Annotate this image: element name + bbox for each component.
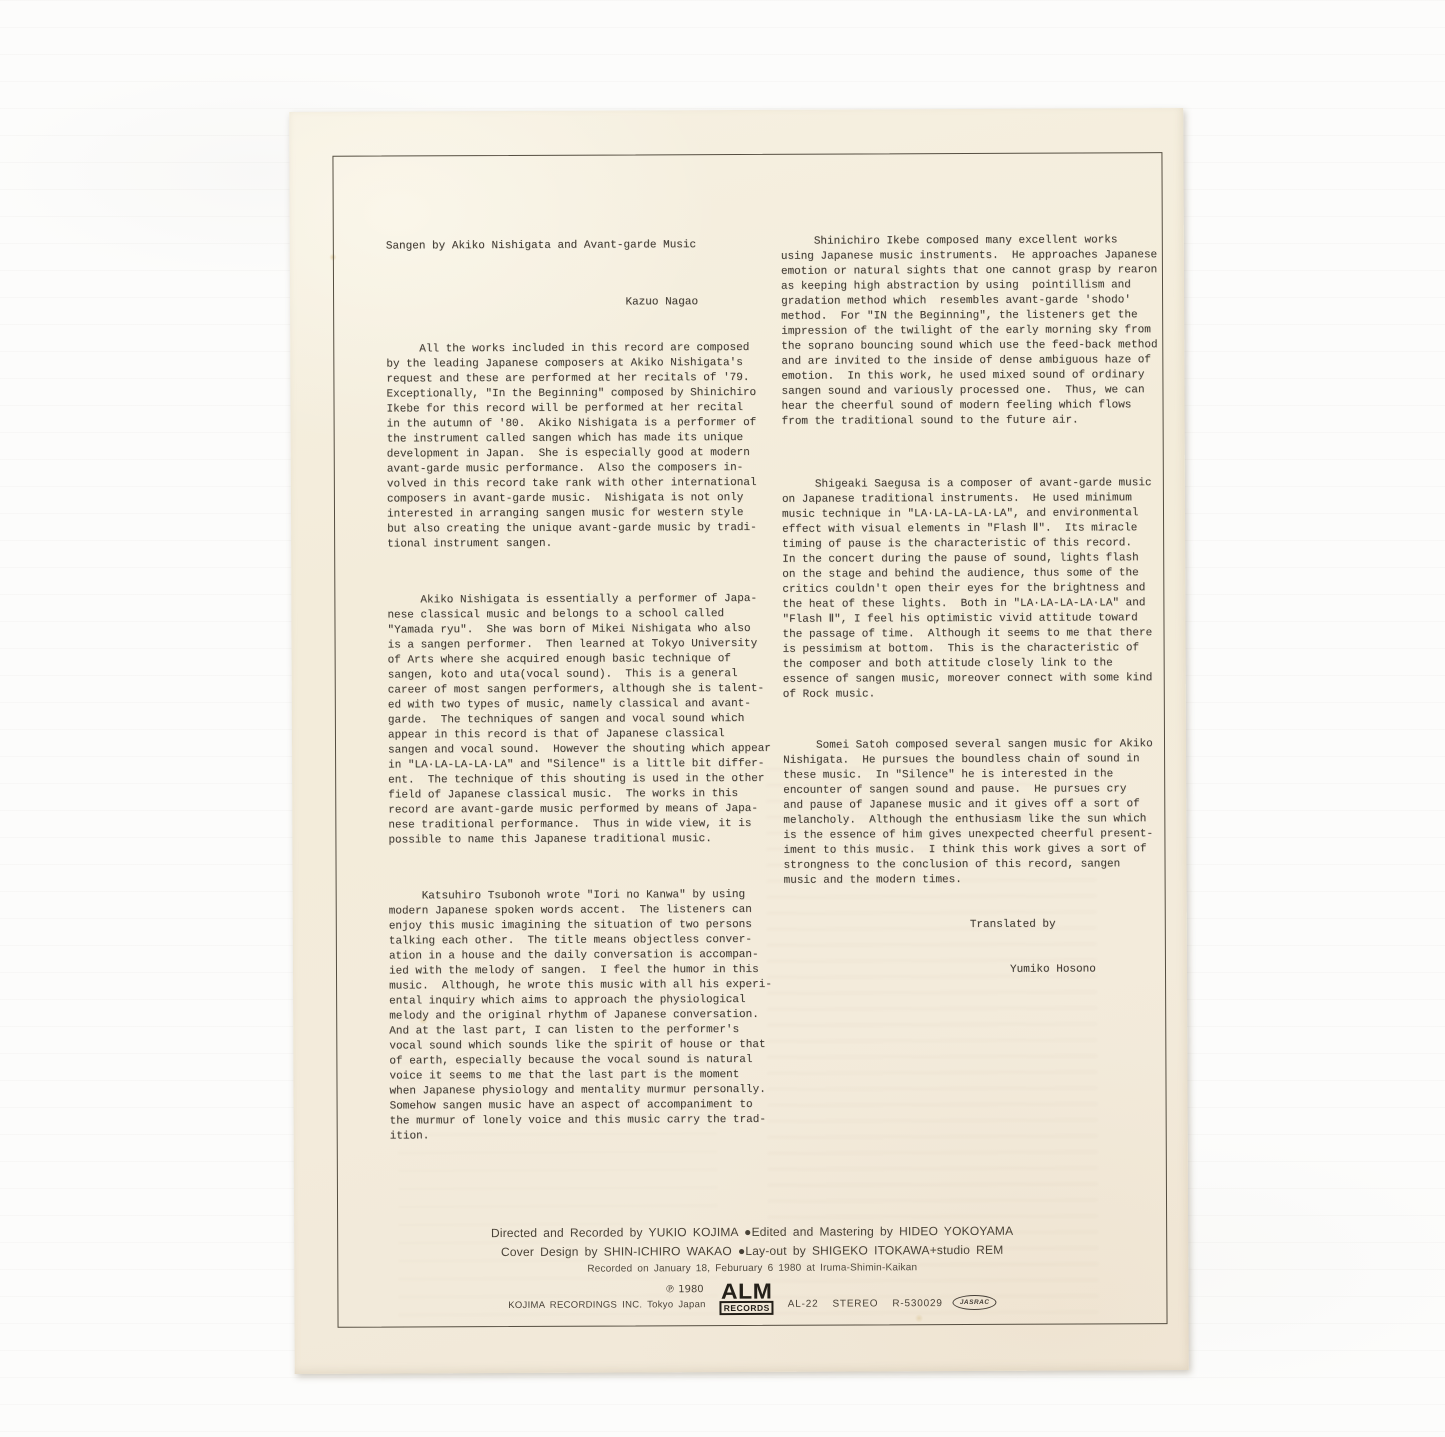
- record-company: KOJIMA RECORDINGS INC. Tokyo Japan: [508, 1299, 706, 1311]
- left-column: Sangen by Akiko Nishigata and Avant-gard…: [386, 208, 748, 1175]
- alm-records-logo: ALM RECORDS: [720, 1281, 774, 1315]
- credit-cover-design: Cover Design by SHIN-ICHIRO WAKAO ●Lay-o…: [338, 1242, 1166, 1260]
- paragraph-satoh: Somei Satoh composed several sangen musi…: [783, 737, 1142, 889]
- translator-name: Yumiko Hosono: [784, 962, 1142, 979]
- essay-author: Kazuo Nagao: [386, 295, 744, 312]
- paragraph-tsubonoh: Katsuhiro Tsubonoh wrote "Iori no Kanwa"…: [389, 888, 748, 1145]
- alm-logo-text: ALM: [721, 1282, 772, 1300]
- catalog-info: AL-22 STEREO R-530029: [788, 1298, 943, 1310]
- credit-directed-recorded: Directed and Recorded by YUKIO KOJIMA ●E…: [338, 1223, 1166, 1241]
- label-row: ℗ 1980 KOJIMA RECORDINGS INC. Tokyo Japa…: [338, 1280, 1166, 1317]
- jasrac-stamp: JASRAC: [953, 1295, 997, 1310]
- paragraph-saegusa: Shigeaki Saegusa is a composer of avant-…: [782, 476, 1141, 703]
- liner-notes: Sangen by Akiko Nishigata and Avant-gard…: [386, 206, 1143, 1174]
- label-left-block: ℗ 1980 KOJIMA RECORDINGS INC. Tokyo Japa…: [508, 1284, 706, 1316]
- translated-by-label: Translated by: [784, 917, 1142, 934]
- essay-title: Sangen by Akiko Nishigata and Avant-gard…: [386, 238, 744, 255]
- paragraph-intro: All the works included in this record ar…: [386, 341, 745, 553]
- paragraph-ikebe: Shinichiro Ikebe composed many excellent…: [781, 233, 1140, 430]
- credits-block: Directed and Recorded by YUKIO KOJIMA ●E…: [338, 1223, 1166, 1317]
- release-number: R-530029: [892, 1298, 942, 1309]
- right-column: Shinichiro Ikebe composed many excellent…: [781, 203, 1143, 1173]
- format-label: STEREO: [832, 1298, 878, 1309]
- credit-recording-date: Recorded on January 18, Feburuary 6 1980…: [338, 1261, 1166, 1276]
- border-frame: Sangen by Akiko Nishigata and Avant-gard…: [332, 152, 1167, 1328]
- record-back-cover-paper: Sangen by Akiko Nishigata and Avant-gard…: [289, 108, 1188, 1374]
- paragraph-nishigata: Akiko Nishigata is essentially a perform…: [387, 592, 746, 849]
- phonogram-notice: ℗ 1980: [508, 1284, 706, 1296]
- catalog-number: AL-22: [788, 1299, 819, 1310]
